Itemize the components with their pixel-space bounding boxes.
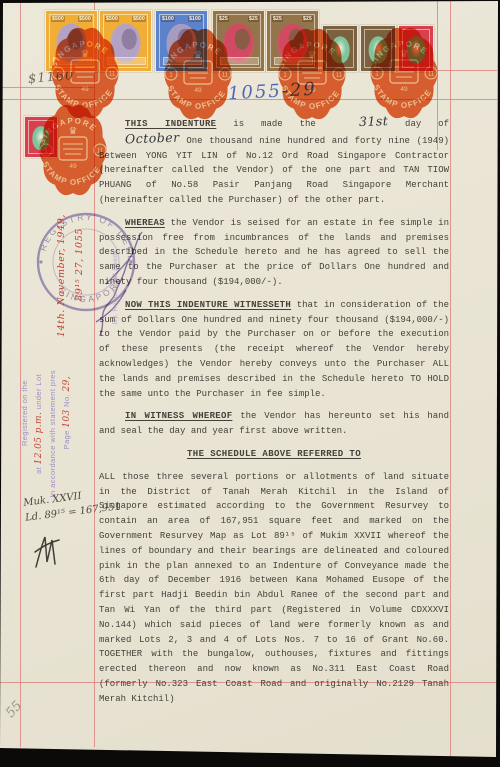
- paragraph-whereas: WHEREAS the Vendor is seised for an esta…: [99, 216, 449, 290]
- singapore-stamp-office-seal: SINGAPORE STAMP OFFICE ♛ 1 11 49: [156, 24, 240, 124]
- svg-text:49: 49: [400, 86, 408, 93]
- schedule-heading: THE SCHEDULE ABOVE REFERRED TO: [99, 447, 449, 462]
- svg-text:♛: ♛: [194, 50, 203, 61]
- stamp-value-left: $500: [51, 16, 65, 22]
- stamp-value-right: $25: [302, 16, 313, 22]
- svg-text:♛: ♛: [308, 50, 317, 61]
- svg-text:♛: ♛: [69, 126, 78, 137]
- left-outer-margin-line: [20, 0, 21, 747]
- red-fill-number: 29,: [62, 376, 72, 392]
- indenture-document-photo: THIS INDENTURE is made the 31st day of O…: [0, 0, 500, 767]
- stamp-value-right: $100: [188, 16, 202, 22]
- svg-text:49: 49: [69, 163, 77, 170]
- red-fill-page: 103: [62, 409, 72, 427]
- stamp-value-right: $500: [132, 16, 146, 22]
- singapore-stamp-office-seal: SINGAPORE STAMP OFFICE ♛ 1 11 49: [31, 100, 115, 200]
- stamp-value-left: $500: [105, 16, 119, 22]
- paragraph-indenture: THIS INDENTURE is made the 31st day of O…: [99, 115, 449, 208]
- stamp-value-right: $500: [78, 16, 92, 22]
- top-right-rule: [437, 70, 497, 71]
- paragraph-witnesseth: NOW THIS INDENTURE WITNESSETH that in co…: [99, 298, 449, 402]
- stamp-value-left: $100: [161, 16, 175, 22]
- pencil-corner-number: 55: [3, 698, 25, 720]
- svg-text:49: 49: [81, 86, 89, 93]
- svg-text:11: 11: [428, 72, 435, 78]
- box-stamp-line-time: at 12.05 p.m. under Lot: [34, 374, 44, 474]
- svg-text:11: 11: [336, 73, 343, 79]
- lead-in-witness: IN WITNESS WHEREOF: [125, 411, 232, 421]
- svg-text:♛: ♛: [400, 49, 409, 60]
- registrar-label: Dy. Registrar of Deeds: [112, 250, 119, 324]
- singapore-stamp-office-seal: SINGAPORE STAMP OFFICE ♛ 1 11 49: [362, 23, 446, 123]
- box-stamp-line-accordance: In accordance with statement pres: [48, 370, 57, 497]
- paragraph-in-witness: IN WITNESS WHEREOF the Vendor has hereun…: [99, 409, 449, 439]
- clerk-initials: [33, 534, 63, 570]
- svg-text:11: 11: [222, 73, 229, 79]
- svg-text:49: 49: [194, 87, 202, 94]
- deed-body-text: THIS INDENTURE is made the 31st day of O…: [99, 115, 449, 714]
- svg-text:♛: ♛: [81, 49, 90, 60]
- box-stamp-line-page-no: Page 103 No. 29,: [62, 376, 72, 449]
- red-margin-date: 14th. November, 1949,: [56, 214, 67, 337]
- singapore-stamp-office-seal: SINGAPORE STAMP OFFICE ♛ 1 11 49: [270, 24, 354, 124]
- paragraph-schedule: ALL those three several portions or allo…: [99, 470, 449, 707]
- box-stamp-line-registered: Registered on the: [20, 380, 29, 446]
- svg-text:49: 49: [308, 87, 316, 94]
- red-margin-lot-numbers: 89¹⁵ 27, 1055: [74, 228, 85, 301]
- document-paper: THIS INDENTURE is made the 31st day of O…: [0, 0, 500, 767]
- red-fill-time: 12.05 p.m.: [34, 412, 44, 465]
- stamp-value-left: $25: [218, 16, 229, 22]
- svg-text:11: 11: [109, 72, 116, 78]
- svg-text:11: 11: [97, 149, 104, 155]
- stamp-value-left: $25: [272, 16, 283, 22]
- right-margin-line: [450, 0, 451, 757]
- stamp-value-right: $25: [248, 16, 259, 22]
